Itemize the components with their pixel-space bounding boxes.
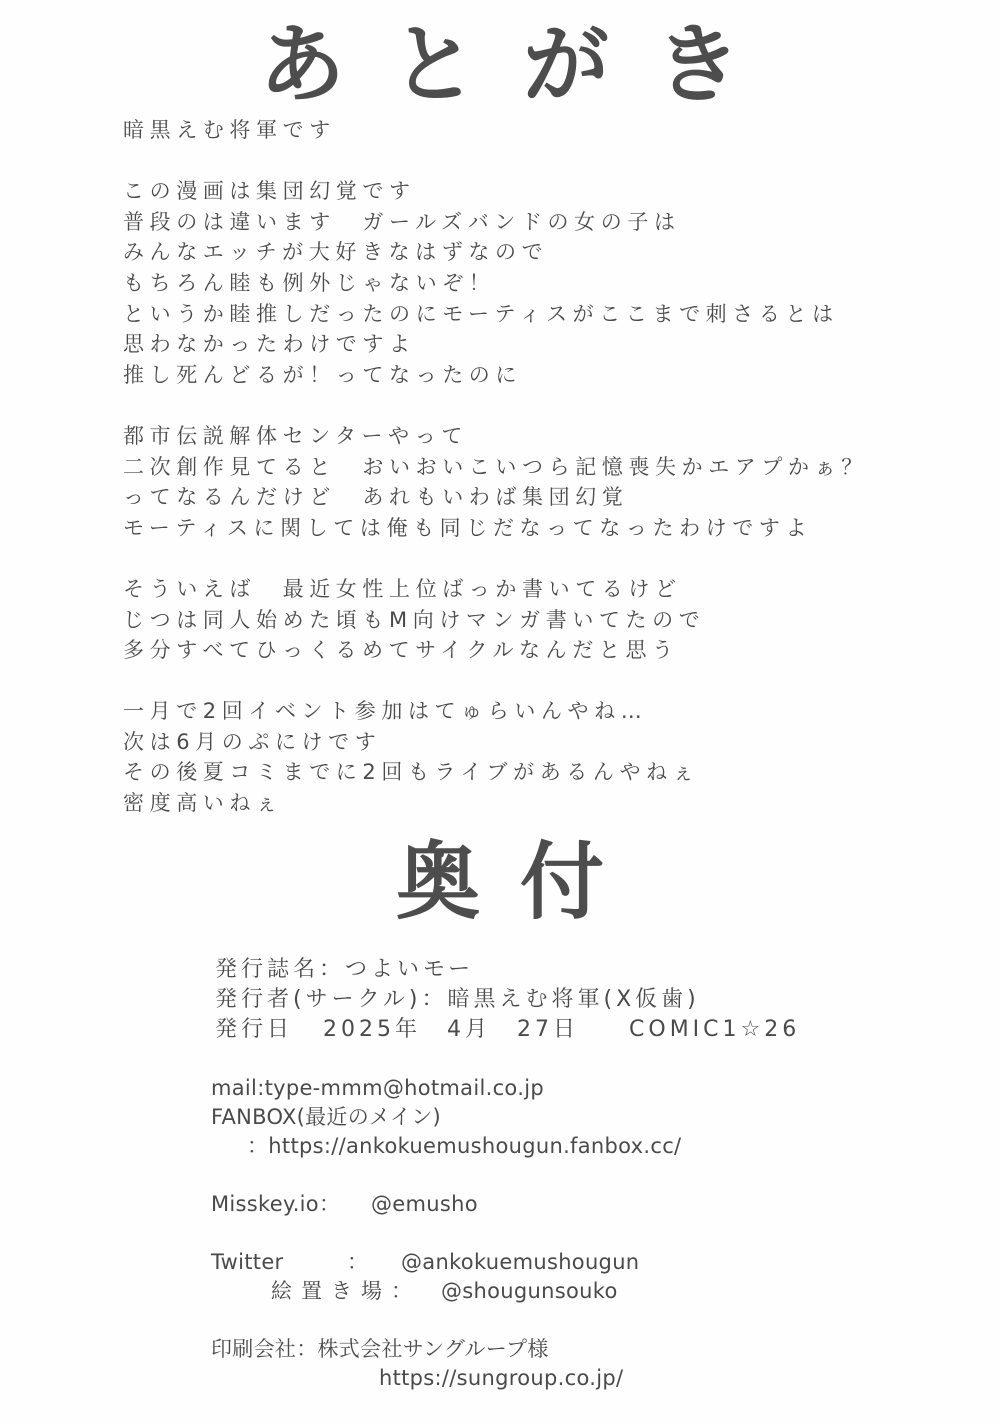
publisher-label: 発行者(サークル)：: [215, 987, 448, 1012]
afterword-colophon-page: あとがき 暗黒えむ将軍です この漫画は集団幻覚です 普段のは違います ガールズバ…: [0, 0, 1000, 1424]
publish-year: 2025年: [323, 1017, 421, 1042]
afterword-line: 密度高いねぇ: [123, 788, 883, 819]
twitter-row: Twitter：@ankokuemushougun: [211, 1248, 831, 1277]
contact-info: mail:type-mmm@hotmail.co.jp FANBOX(最近のメイ…: [211, 1074, 831, 1393]
paragraph-gap: [123, 390, 883, 421]
publish-day: 27日: [517, 1017, 579, 1042]
colophon-details: 発行誌名：つよいモー 発行者(サークル)：暗黒えむ将軍(X仮歯) 発行日2025…: [215, 955, 835, 1045]
section-gap: [211, 1306, 831, 1335]
afterword-line: みんなエッチが大好きなはずなので: [123, 237, 883, 268]
printer-link[interactable]: https://sungroup.co.jp/: [211, 1364, 831, 1393]
afterword-line: 推し死んどるが！ってなったのに: [123, 360, 883, 391]
paragraph-gap: [123, 666, 883, 697]
misskey-row: Misskey.io：@emusho: [211, 1190, 831, 1219]
publication-name-row: 発行誌名：つよいモー: [215, 955, 835, 985]
fanbox-link[interactable]: ：https://ankokuemushougun.fanbox.cc/: [211, 1132, 831, 1161]
paragraph-gap: [123, 543, 883, 574]
afterword-line: もちろん睦も例外じゃないぞ！: [123, 268, 883, 299]
publish-date-row: 発行日2025年4月27日COMIC1☆26: [215, 1015, 835, 1045]
section-gap: [211, 1219, 831, 1248]
printer-name: 株式会社サングループ様: [318, 1337, 549, 1361]
ezokiba-row: 絵置き場：@shougunsouko: [211, 1277, 831, 1306]
mail-address[interactable]: mail:type-mmm@hotmail.co.jp: [211, 1074, 831, 1103]
publication-name-label: 発行誌名：: [215, 957, 345, 982]
afterword-line: 都市伝説解体センターやって: [123, 421, 883, 452]
ezokiba-label: 絵置き場：: [271, 1277, 441, 1306]
section-gap: [211, 1161, 831, 1190]
paragraph-gap: [123, 146, 883, 177]
colophon-title: 奥付: [0, 840, 1000, 924]
afterword-line: 次は6月のぷにけです: [123, 727, 883, 758]
publisher-name: 暗黒えむ将軍(X仮歯): [448, 987, 700, 1012]
event-name: COMIC1☆26: [629, 1017, 800, 1042]
afterword-line: ってなるんだけど あれもいわば集団幻覚: [123, 482, 883, 513]
afterword-line: 普段のは違います ガールズバンドの女の子は: [123, 207, 883, 238]
ezokiba-handle[interactable]: @shougunsouko: [441, 1279, 618, 1303]
misskey-label: Misskey.io：: [211, 1190, 371, 1219]
afterword-line: この漫画は集団幻覚です: [123, 176, 883, 207]
afterword-title: あとがき: [0, 22, 1000, 108]
publication-name: つよいモー: [345, 957, 474, 982]
fanbox-label: FANBOX(最近のメイン): [211, 1103, 831, 1132]
afterword-line: その後夏コミまでに2回もライブがあるんやねぇ: [123, 757, 883, 788]
publish-date-label: 発行日: [215, 1017, 293, 1042]
afterword-line: 暗黒えむ将軍です: [123, 115, 883, 146]
publisher-row: 発行者(サークル)：暗黒えむ将軍(X仮歯): [215, 985, 835, 1015]
twitter-handle[interactable]: @ankokuemushougun: [401, 1250, 639, 1274]
twitter-label: Twitter: [211, 1248, 347, 1277]
afterword-line: 思わなかったわけですよ: [123, 329, 883, 360]
afterword-line: 二次創作見てると おいおいこいつら記憶喪失かエアプかぁ？: [123, 452, 883, 483]
twitter-colon: ：: [347, 1248, 401, 1277]
printer-row: 印刷会社：株式会社サングループ様: [211, 1335, 831, 1364]
misskey-handle[interactable]: @emusho: [371, 1192, 478, 1216]
afterword-line: 一月で2回イベント参加はてゅらいんやね…: [123, 696, 883, 727]
printer-label: 印刷会社：: [211, 1337, 318, 1361]
afterword-line: というか睦推しだったのにモーティスがここまで刺さるとは: [123, 299, 883, 330]
afterword-line: モーティスに関しては俺も同じだなってなったわけですよ: [123, 513, 883, 544]
afterword-line: 多分すべてひっくるめてサイクルなんだと思う: [123, 635, 883, 666]
afterword-line: そういえば 最近女性上位ばっか書いてるけど: [123, 574, 883, 605]
afterword-body: 暗黒えむ将軍です この漫画は集団幻覚です 普段のは違います ガールズバンドの女の…: [123, 115, 883, 819]
afterword-line: じつは同人始めた頃もM向けマンガ書いてたので: [123, 605, 883, 636]
publish-month: 4月: [447, 1017, 491, 1042]
